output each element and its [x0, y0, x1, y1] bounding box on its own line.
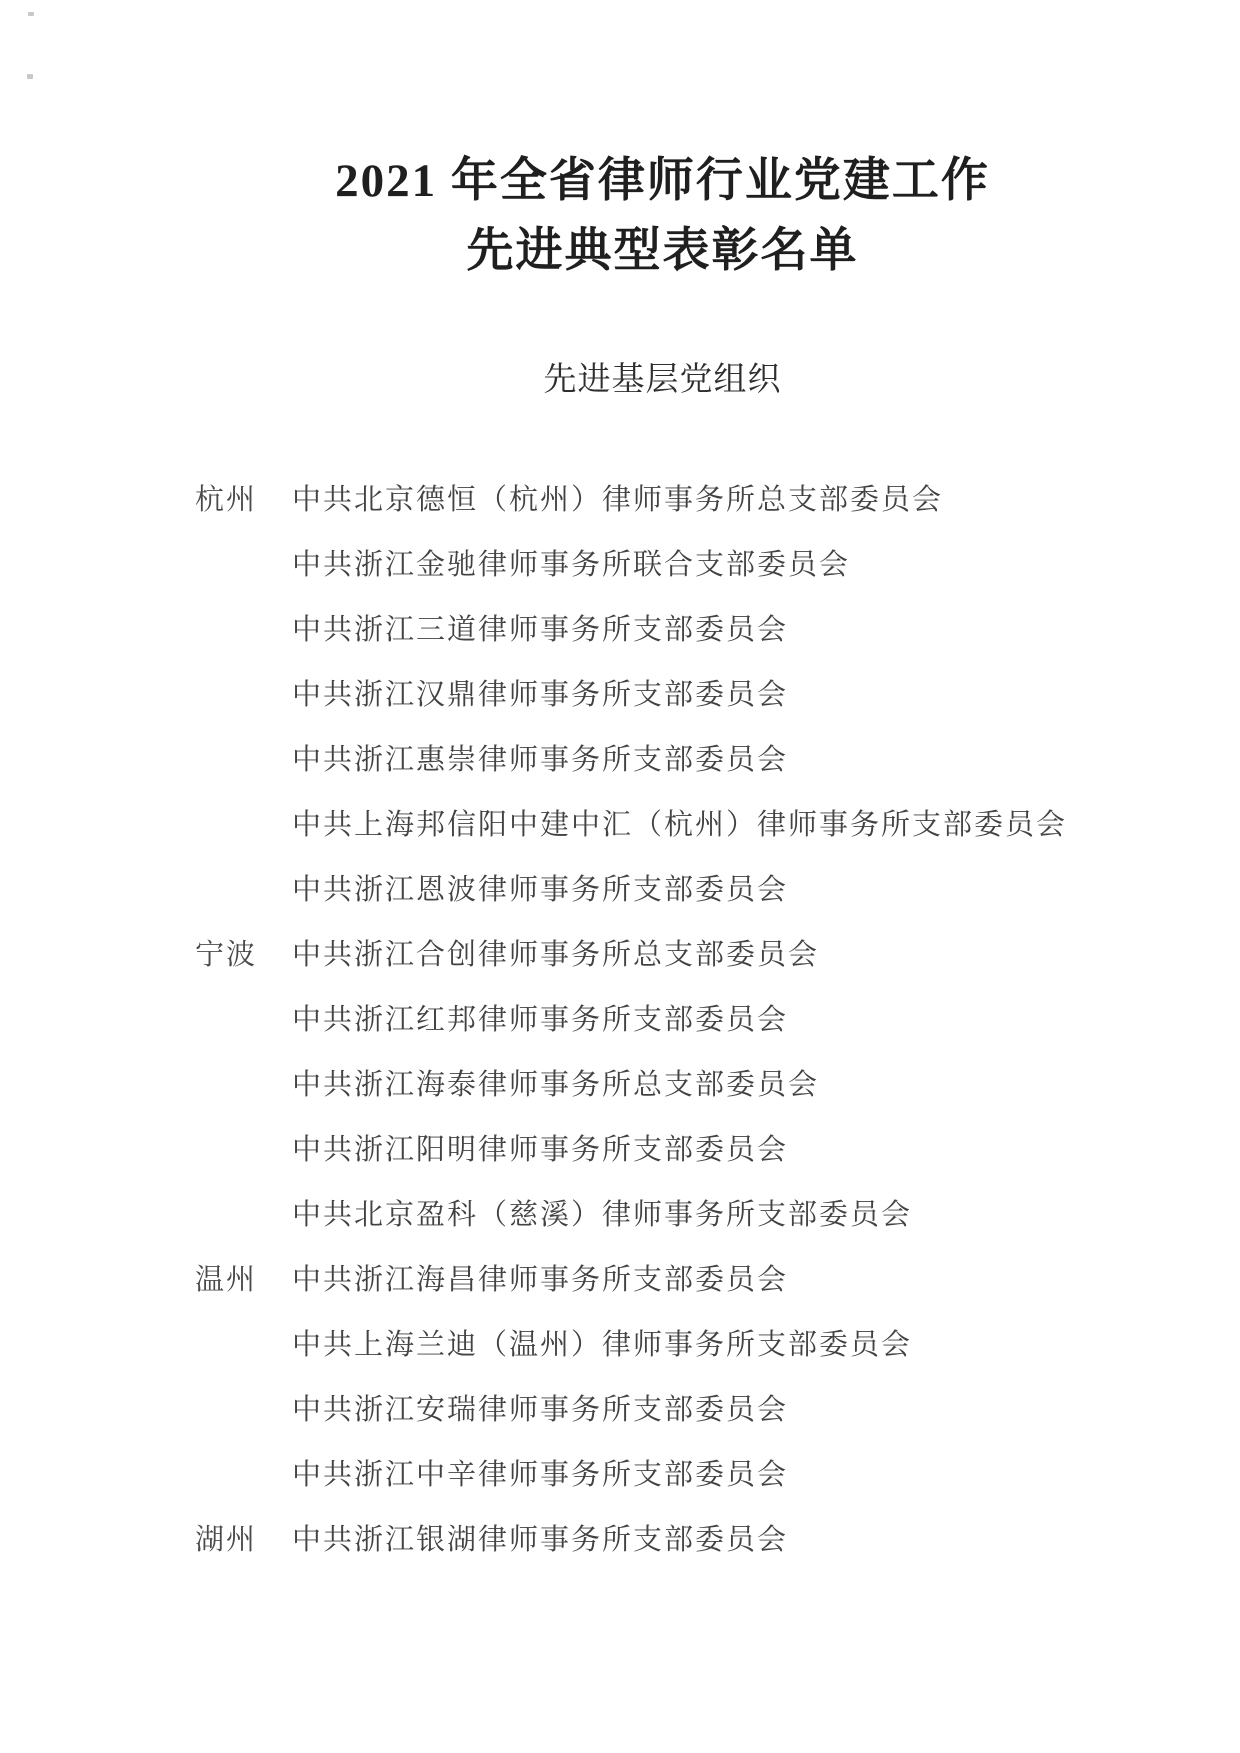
- organization-name: 中共上海邦信阳中建中汇（杭州）律师事务所支部委员会: [292, 802, 1067, 843]
- list-row: 中共上海兰迪（温州）律师事务所支部委员会: [195, 1310, 1200, 1375]
- list-row: 中共浙江汉鼎律师事务所支部委员会: [195, 660, 1200, 725]
- list-row: 中共浙江三道律师事务所支部委员会: [195, 595, 1200, 660]
- organization-name: 中共浙江中辛律师事务所支部委员会: [292, 1452, 788, 1493]
- organization-name: 中共浙江合创律师事务所总支部委员会: [292, 932, 819, 973]
- section-heading: 先进基层党组织: [85, 358, 1240, 400]
- organization-name: 中共浙江汉鼎律师事务所支部委员会: [292, 672, 788, 713]
- list-row: 中共浙江惠崇律师事务所支部委员会: [195, 725, 1200, 790]
- city-label: 杭州: [195, 477, 292, 518]
- list-row: 中共上海邦信阳中建中汇（杭州）律师事务所支部委员会: [195, 790, 1200, 855]
- organization-name: 中共浙江银湖律师事务所支部委员会: [292, 1517, 788, 1558]
- list-row: 中共浙江安瑞律师事务所支部委员会: [195, 1375, 1200, 1440]
- list-row: 宁波 中共浙江合创律师事务所总支部委员会: [195, 920, 1200, 985]
- list-row: 中共浙江红邦律师事务所支部委员会: [195, 985, 1200, 1050]
- list-row: 中共浙江阳明律师事务所支部委员会: [195, 1115, 1200, 1180]
- organization-name: 中共上海兰迪（温州）律师事务所支部委员会: [292, 1322, 912, 1363]
- organization-name: 中共浙江三道律师事务所支部委员会: [292, 607, 788, 648]
- scan-speck: [27, 74, 33, 79]
- list-row: 中共浙江金驰律师事务所联合支部委员会: [195, 530, 1200, 595]
- list-row: 杭州 中共北京德恒（杭州）律师事务所总支部委员会: [195, 465, 1200, 530]
- organization-name: 中共北京德恒（杭州）律师事务所总支部委员会: [292, 477, 943, 518]
- document-title-line1: 2021 年全省律师行业党建工作: [85, 146, 1240, 216]
- organization-name: 中共浙江红邦律师事务所支部委员会: [292, 997, 788, 1038]
- organization-name: 中共浙江阳明律师事务所支部委员会: [292, 1127, 788, 1168]
- city-label: 温州: [195, 1257, 292, 1298]
- list-row: 中共浙江中辛律师事务所支部委员会: [195, 1440, 1200, 1505]
- city-label: 湖州: [195, 1517, 292, 1558]
- document-page: 2021 年全省律师行业党建工作 先进典型表彰名单 先进基层党组织 杭州 中共北…: [0, 0, 1240, 1753]
- list-row: 中共浙江海泰律师事务所总支部委员会: [195, 1050, 1200, 1115]
- organization-name: 中共浙江金驰律师事务所联合支部委员会: [292, 542, 850, 583]
- organization-name: 中共浙江恩波律师事务所支部委员会: [292, 867, 788, 908]
- document-title-line2: 先进典型表彰名单: [85, 216, 1240, 286]
- organization-name: 中共浙江安瑞律师事务所支部委员会: [292, 1387, 788, 1428]
- award-list: 杭州 中共北京德恒（杭州）律师事务所总支部委员会 中共浙江金驰律师事务所联合支部…: [195, 465, 1200, 1570]
- organization-name: 中共浙江惠崇律师事务所支部委员会: [292, 737, 788, 778]
- list-row: 中共北京盈科（慈溪）律师事务所支部委员会: [195, 1180, 1200, 1245]
- scan-speck: [28, 12, 34, 16]
- organization-name: 中共北京盈科（慈溪）律师事务所支部委员会: [292, 1192, 912, 1233]
- city-label: 宁波: [195, 932, 292, 973]
- list-row: 湖州 中共浙江银湖律师事务所支部委员会: [195, 1505, 1200, 1570]
- organization-name: 中共浙江海昌律师事务所支部委员会: [292, 1257, 788, 1298]
- list-row: 温州 中共浙江海昌律师事务所支部委员会: [195, 1245, 1200, 1310]
- list-row: 中共浙江恩波律师事务所支部委员会: [195, 855, 1200, 920]
- document-title: 2021 年全省律师行业党建工作 先进典型表彰名单: [85, 146, 1240, 286]
- organization-name: 中共浙江海泰律师事务所总支部委员会: [292, 1062, 819, 1103]
